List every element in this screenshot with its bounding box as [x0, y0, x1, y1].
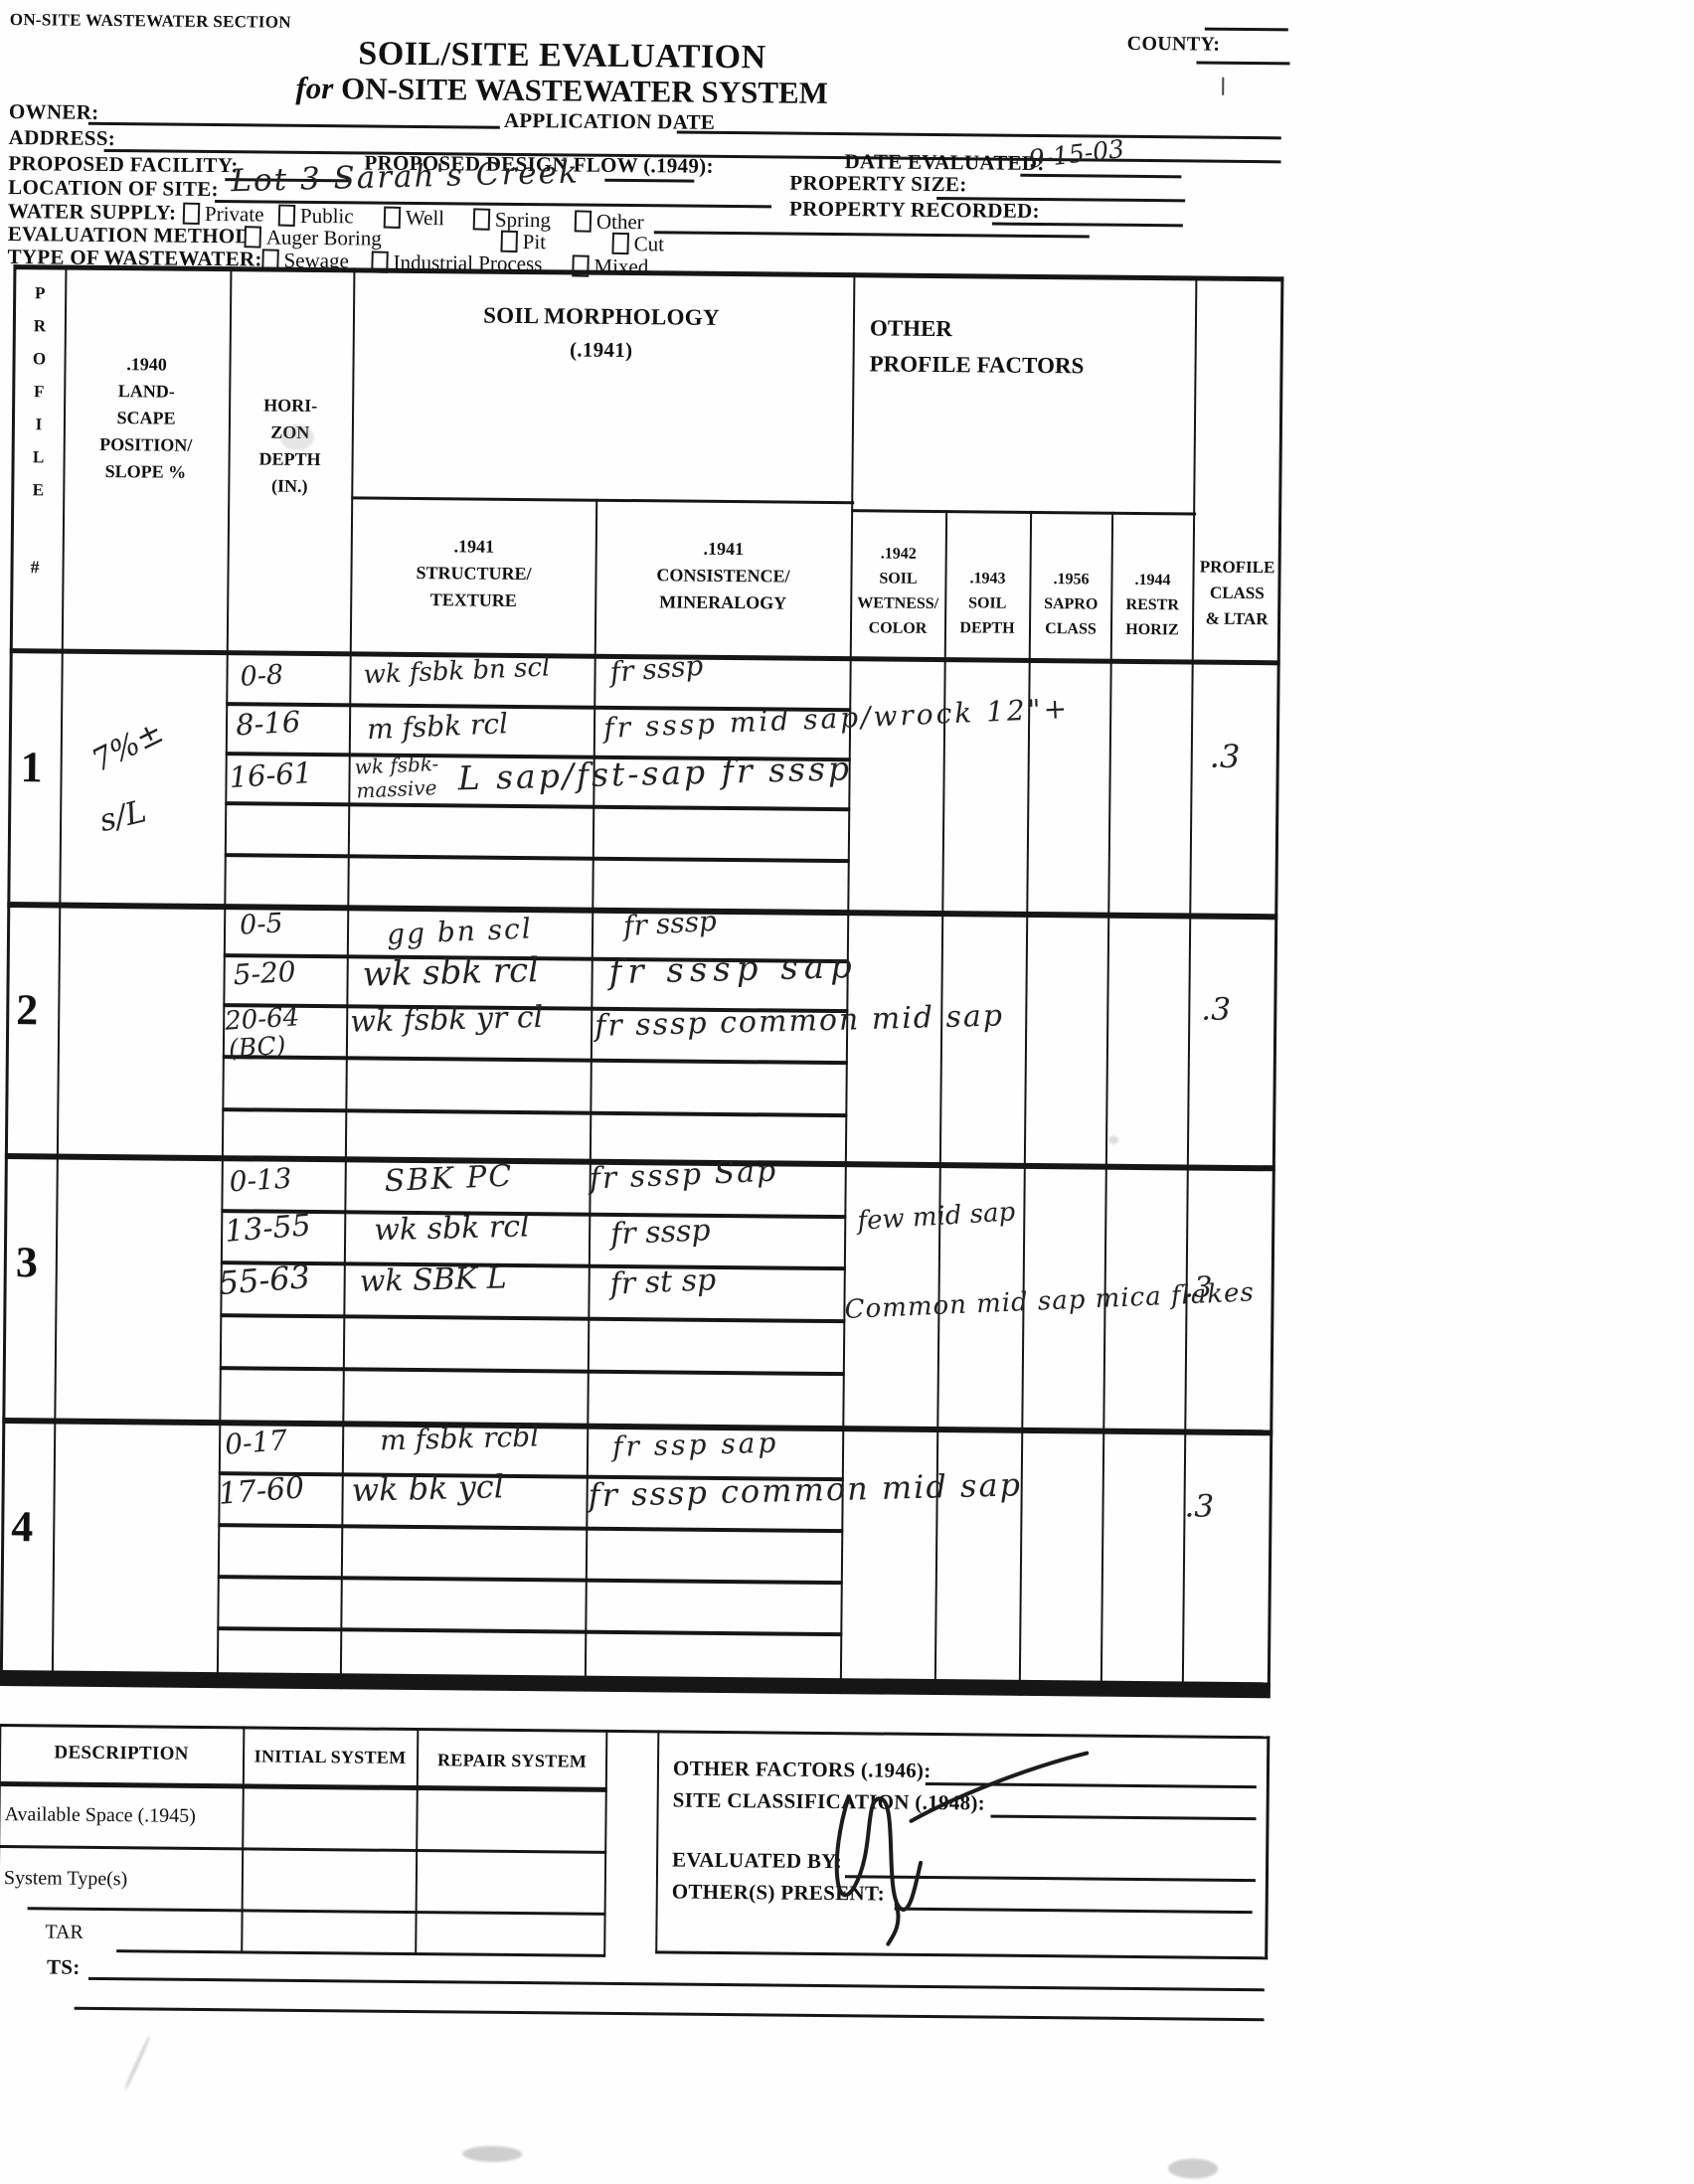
other-factors-divider [851, 509, 1196, 515]
p4-consistence-1: fr ssp sap [612, 1427, 779, 1463]
profile-column-header: P R O F I L E [23, 276, 55, 506]
available-space-row-label: Available Space (.1945) [4, 1803, 196, 1828]
p2-consistence-3: fr sssp common mid sap [594, 999, 1005, 1044]
p1-landscape-2: s/L [96, 793, 150, 839]
profile-3-number: 3 [16, 1237, 38, 1287]
table-right-border [1268, 276, 1284, 1698]
p2-class: .3 [1201, 992, 1231, 1028]
system-types-row-label: System Type(s) [4, 1867, 128, 1891]
p4-class: .3 [1184, 1488, 1214, 1524]
p3-subline-3 [220, 1313, 845, 1323]
property-size-label: PROPERTY SIZE: [789, 171, 967, 198]
p3-consistence-1: fr sssp Sap [589, 1154, 778, 1197]
wetness-header: .1942 SOIL WETNESS/ COLOR [853, 541, 943, 641]
scan-smudge-2 [1168, 2158, 1218, 2178]
sapro-header: .1956 SAPRO CLASS [1031, 567, 1111, 642]
bottom-table-header-line [0, 1781, 607, 1792]
p1-structure-2: m fsbk rcl [366, 707, 508, 746]
scanned-soil-site-evaluation-form: ON-SITE WASTEWATER SECTION COUNTY: SOIL/… [0, 0, 1694, 2184]
col-line-6 [934, 510, 947, 1695]
p1-depth-2: 8-16 [235, 705, 301, 743]
profile-class-header: PROFILE CLASS & LTAR [1196, 555, 1278, 633]
morphology-divider [351, 496, 854, 504]
scan-speckle-2 [1108, 1136, 1118, 1144]
comments-blank-1 [88, 1977, 1265, 1991]
p2-structure-1: gg bn scl [386, 912, 533, 950]
option-well: Well [406, 206, 444, 231]
p3-depth-3: 55-63 [217, 1258, 311, 1302]
p3-consistence-3: fr st sp [609, 1262, 717, 1302]
p2-depth-1: 0-5 [239, 908, 283, 941]
application-date-blank [677, 130, 1281, 139]
option-cut: Cut [634, 232, 665, 256]
location-label: LOCATION OF SITE: [8, 175, 219, 202]
p4-structure-1: m fsbk rcbl [380, 1420, 540, 1456]
checkbox-well [384, 207, 402, 229]
subtitle-for: for [295, 71, 333, 105]
profile-4-number: 4 [11, 1501, 33, 1552]
p2-depth-3b: (BC) [228, 1031, 286, 1063]
comments-blank-2 [75, 2007, 1265, 2021]
owner-blank [88, 122, 500, 129]
comments-label: TS: [47, 1954, 81, 1979]
property-recorded-label: PROPERTY RECORDED: [789, 197, 1040, 224]
bottom-table-bottom-line [116, 1949, 605, 1957]
soil-morphology-code: (.1941) [383, 336, 820, 365]
p4-depth-1: 0-17 [224, 1424, 288, 1461]
owner-label: OWNER: [9, 99, 99, 125]
p1-class: .3 [1210, 738, 1241, 775]
other-profile-factors-header: OTHER PROFILE FACTORS [869, 310, 1198, 385]
subtitle-main: ON-SITE WASTEWATER SYSTEM [333, 71, 828, 110]
p1-depth-3: 16-61 [229, 756, 314, 794]
p4-subline-4 [217, 1626, 842, 1636]
address-label: ADDRESS: [9, 125, 116, 151]
p4-depth-2: 17-60 [217, 1470, 305, 1512]
right-box-right-border [1265, 1736, 1270, 1959]
checkbox-pit [500, 231, 518, 252]
initial-system-header: INITIAL SYSTEM [245, 1746, 416, 1768]
p2-subline-3 [223, 1055, 848, 1065]
p2-consistence-1: fr sssp [622, 905, 718, 943]
p3-depth-1: 0-13 [229, 1162, 293, 1199]
scan-artifact-tick [1222, 78, 1224, 95]
bottom-table-row2-line [28, 1907, 606, 1916]
p3-subline-2 [221, 1260, 846, 1270]
p2-subline-4 [222, 1107, 847, 1117]
property-recorded-blank [992, 223, 1183, 228]
p1-structure-1: wk fsbk bn scl [363, 652, 551, 690]
ltar-row-label: TAR [45, 1921, 84, 1943]
description-header: DESCRIPTION [1, 1742, 242, 1765]
p3-consistence-2: fr sssp [609, 1213, 711, 1252]
consistence-header: .1941 CONSISTENCE/ MINERALOGY [602, 535, 844, 617]
option-mixed: Mixed [593, 254, 648, 280]
county-blank-line [1205, 28, 1288, 32]
p1-landscape: 7%± [86, 714, 169, 779]
p3-subline-4 [220, 1366, 845, 1376]
location-value: Lot 3 Sarah's Creek [231, 154, 580, 199]
table-bottom-bar [0, 1670, 1270, 1698]
profile-1-number: 1 [20, 742, 42, 792]
repair-system-header: REPAIR SYSTEM [419, 1750, 605, 1772]
p2-depth-2: 5-20 [233, 955, 297, 992]
p3-subline-1 [221, 1209, 846, 1219]
p4-subline-3 [218, 1575, 843, 1585]
scan-streak [123, 2035, 152, 2091]
right-box-left-border [655, 1730, 659, 1953]
profile-2-number: 2 [16, 984, 38, 1035]
col-line-7 [1019, 511, 1032, 1696]
p2-structure-3: wk fsbk yr cl [350, 1000, 544, 1040]
p3-depth-2: 13-55 [224, 1208, 312, 1250]
design-flow-blank [604, 179, 694, 183]
landscape-header: .1940 LAND- SCAPE POSITION/ SLOPE % [67, 351, 225, 487]
checkbox-other [575, 210, 593, 232]
col-line-8 [1101, 512, 1113, 1697]
evaluator-signature [792, 1737, 1132, 1968]
date-evaluated-blank [1020, 174, 1181, 179]
p4-consistence-2: fr sssp common mid sap [588, 1465, 1022, 1514]
p3-note-2: few mid sap [857, 1197, 1016, 1237]
p1-structure-3: wk fsbk- [354, 752, 439, 779]
county-blank-line2 [1196, 61, 1289, 65]
p1-consistence-2: fr sssp mid sap/wrock 12"+ [603, 692, 1071, 745]
p3-structure-2: wk sbk rcl [374, 1209, 530, 1248]
p3-structure-1: SBK PC [384, 1159, 514, 1200]
p2-structure-2: wk sbk rcl [362, 950, 539, 994]
checkbox-public [278, 204, 296, 226]
checkbox-cut [611, 233, 629, 254]
p1-depth-1: 0-8 [240, 659, 284, 693]
structure-header: .1941 STRUCTURE/ TEXTURE [358, 532, 590, 614]
col-line-1 [52, 265, 68, 1687]
proposed-facility-label: PROPOSED FACILITY: [8, 151, 238, 178]
bottom-section-top-line [0, 1724, 1270, 1739]
p1-structure-3b: massive [356, 775, 437, 802]
checkbox-auger-boring [244, 226, 261, 248]
p4-subline-2 [218, 1523, 843, 1533]
section-label: ON-SITE WASTEWATER SECTION [10, 10, 291, 33]
location-blank [215, 200, 771, 208]
p4-structure-2: wk bk ycl [351, 1467, 504, 1509]
form-subtitle: for ON-SITE WASTEWATER SYSTEM [239, 70, 885, 111]
p3-structure-3: wk SBK L [359, 1260, 507, 1299]
profile-hash-header: # [30, 557, 40, 578]
checkbox-spring [473, 208, 491, 230]
soil-depth-header: .1943 SOIL DEPTH [946, 566, 1029, 641]
county-label: COUNTY: [1127, 33, 1221, 57]
checkbox-private [183, 203, 201, 225]
restr-header: .1944 RESTR HORIZ [1112, 568, 1193, 643]
col-line-9 [1182, 275, 1198, 1697]
scan-speckle-1 [280, 424, 314, 450]
bottom-table-row1-line [0, 1845, 606, 1854]
p2-consistence-2: fr sssp sap [608, 946, 858, 992]
date-evaluated-value: 9-15-03 [1027, 134, 1125, 174]
p1-subline-4 [225, 853, 850, 863]
p1-consistence-1: fr sssp [608, 649, 704, 689]
other-blank [654, 231, 1090, 238]
table-left-border [0, 264, 16, 1686]
scan-content: ON-SITE WASTEWATER SECTION COUNTY: SOIL/… [0, 4, 1378, 2184]
p1-subline-3 [225, 801, 850, 811]
soil-morphology-header: SOIL MORPHOLOGY [383, 302, 820, 332]
scan-smudge-1 [462, 2146, 522, 2163]
p3-class: .3 [1185, 1269, 1213, 1303]
